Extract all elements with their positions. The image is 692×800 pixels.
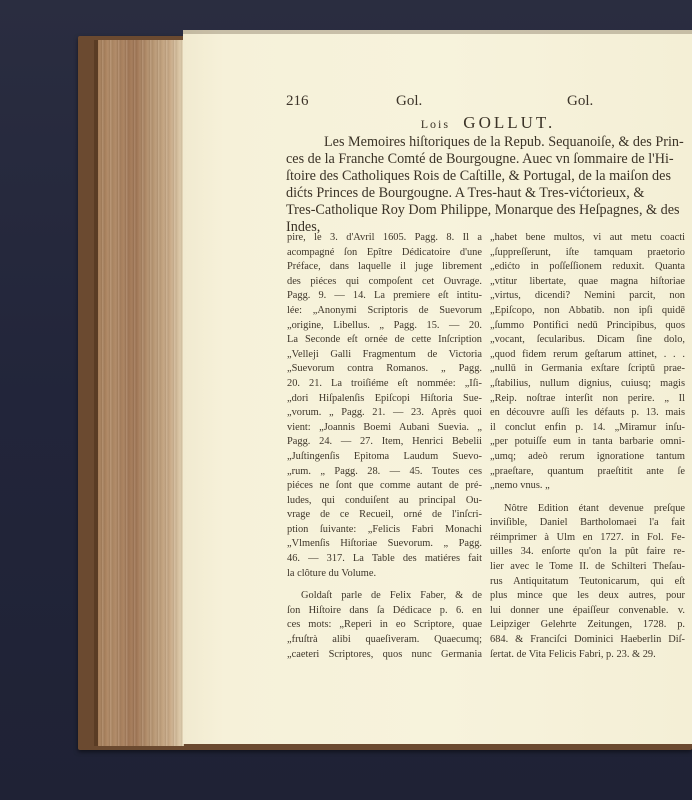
text-line: Goldaſt parle de Felix Faber, & de [287, 589, 482, 604]
title-line: Les Memoires hiſtoriques de la Repub. Se… [286, 134, 690, 151]
text-line: „vtitur libertate, quae magna hiſtoriae [490, 275, 685, 290]
page-top-shadow [183, 30, 692, 34]
text-line: La Seconde eſt ornée de cette Inſcriptio… [287, 333, 482, 348]
title-line: ſtoire des Catholiques Rois de Caſtille,… [286, 168, 690, 185]
text-line: piéces ne ſont que comme autant de pré- [287, 479, 482, 494]
text-line: „habet bene multos, vi aut metu coacti [490, 231, 685, 246]
author-surname: GOLLUT. [463, 113, 555, 132]
title-line: Tres-Catholique Roy Dom Philippe, Monarq… [286, 202, 690, 219]
right-column: „habet bene multos, vi aut metu coacti „… [490, 231, 685, 662]
text-line: rus Antiquitatum Teutonicarum, qui eſt [490, 575, 685, 590]
title-line: dićts Princes de Bourgougne. A Tres-haut… [286, 185, 690, 202]
text-line: 20. 21. La troiſiéme eſt nommée: „Iſi- [287, 377, 482, 392]
text-line: réimprimer à Ulm en 1727. in Fol. Fe- [490, 531, 685, 546]
title-line: ces de la Franche Comté de Bourgougne. A… [286, 151, 690, 168]
author-heading: Lois GOLLUT. [286, 113, 690, 133]
author-first-name: Lois [421, 117, 450, 131]
text-line: „Epiſcopo, non Abbatib. non ipſi quidē [490, 304, 685, 319]
text-line: ludes, qui conduiſent au principal Ou- [287, 494, 482, 509]
text-line: pire, le 3. d'Avril 1605. Pagg. 8. Il a [287, 231, 482, 246]
text-line: en découvre auſſi les défauts p. 13. mai… [490, 406, 685, 421]
paragraph: „habet bene multos, vi aut metu coacti „… [490, 231, 685, 494]
cover-edge [94, 40, 98, 746]
text-line: Leipziger Gelehrte Zeitungen, 1728. p. [490, 618, 685, 633]
catchword-right: Gol. [567, 93, 593, 110]
text-line: „vorum. „ Pagg. 21. — 23. Après quoi [287, 406, 482, 421]
text-line: Pagg. 24. — 27. Item, Henrici Bebelii [287, 435, 482, 450]
text-line: acompagné ſon Epître Dédicatoire d'une [287, 246, 482, 261]
text-line: „umq; adeò rerum ignoratione tantum [490, 450, 685, 465]
text-line: 46. — 317. La Table des matiéres fait [287, 552, 482, 567]
text-line: „vocant, ſecularibus. Dicam ſine dolo, [490, 333, 685, 348]
text-line: ſon Hiſtoire dans ſa Dédicace p. 6. en [287, 604, 482, 619]
text-line: „origine, Libellus. „ Pagg. 15. — 20. [287, 319, 482, 334]
book-title-entry: Les Memoires hiſtoriques de la Repub. Se… [286, 134, 690, 236]
paragraph: Nôtre Edition étant devenue preſque invi… [490, 502, 685, 663]
page-stack-fore-edge [94, 40, 184, 746]
text-line: „ſtabilius, nullum dignius, cuiusq; magi… [490, 377, 685, 392]
text-line: la clôture du Volume. [287, 567, 482, 582]
left-column: pire, le 3. d'Avril 1605. Pagg. 8. Il a … [287, 231, 482, 662]
text-line: „rum. „ Pagg. 28. — 45. Toutes ces [287, 465, 482, 480]
text-line: „caeteri Scriptores, quos nunc Germania [287, 648, 482, 663]
text-line: „quod fidem rerum geſtarum attinet, . . … [490, 348, 685, 363]
text-line: ces mots: „Reperi in eo Scriptore, quae [287, 618, 482, 633]
text-line: lui donner une épaiſſeur convenable. v. [490, 604, 685, 619]
text-line: Préface, dans laquelle il juge librement [287, 260, 482, 275]
text-line: des piéces qui compoſent cet Ouvrage. [287, 275, 482, 290]
text-line: „fruſtrà alibi quaeſiveram. Quaecumq; [287, 633, 482, 648]
text-line: „Velleji Galli Fragmentum de Victoria [287, 348, 482, 363]
text-line: „virtus, dicendi? Nemini parcit, non [490, 289, 685, 304]
text-line: „ſuppreſſerunt, iſte tamquam praetorio [490, 246, 685, 261]
text-line: vient: „Joannis Boemi Aubani Suevia. „ [287, 421, 482, 436]
text-line: „Juſtingenſis Epitoma Laudum Suevo- [287, 450, 482, 465]
text-line: 684. & Franciſci Dominici Haeberlin Diſ- [490, 633, 685, 648]
text-line: inviſible, Daniel Bartholomaei l'a fait [490, 516, 685, 531]
text-line: „Vlmenſis Hiſtoriae Suevorum. „ Pagg. [287, 537, 482, 552]
text-line: vrage de ce Recueil, orné de l'inſcri- [287, 508, 482, 523]
text-line: „nullū in Germania exſtare ſcriptū prae- [490, 362, 685, 377]
page-number: 216 [286, 93, 309, 110]
text-line: lier avec le Tome II. de Schilteri Theſa… [490, 560, 685, 575]
text-line: Nôtre Edition étant devenue preſque [490, 502, 685, 517]
text-line: il conclut enfin p. 14. „Miramur inſu- [490, 421, 685, 436]
text-line: „praeſtare, quantum praeſtitit ante ſe [490, 465, 685, 480]
text-line: ſertat. de Vita Felicis Fabri, p. 23. & … [490, 648, 685, 663]
text-line: lée: „Anonymi Scriptoris de Suevorum [287, 304, 482, 319]
text-line: „edićto in poſſeſſionem reduxit. Quanta [490, 260, 685, 275]
text-line: „Suevorum contra Romanos. „ Pagg. [287, 362, 482, 377]
catchword-left: Gol. [396, 93, 422, 110]
text-line: „dori Hiſpalenſis Epiſcopi Hiſtoria Sue- [287, 392, 482, 407]
text-line: „ſummo Pontifici nedū Principibus, quos [490, 319, 685, 334]
paragraph: Goldaſt parle de Felix Faber, & de ſon H… [287, 589, 482, 662]
text-line: „Reip. noſtrae interſit non perire. „ Il [490, 392, 685, 407]
paragraph: pire, le 3. d'Avril 1605. Pagg. 8. Il a … [287, 231, 482, 581]
text-line: Pagg. 9. — 14. La premiere eſt intitu- [287, 289, 482, 304]
text-line: ption ſuivante: „Felicis Fabri Monachi [287, 523, 482, 538]
running-head: 216 Gol. Gol. [286, 93, 686, 115]
text-line: „per potuiſſe eum in tanta barbarie omni… [490, 435, 685, 450]
text-line: „nemo vnus. „ [490, 479, 685, 494]
text-line: plus mince que les deux autres, pour [490, 589, 685, 604]
text-line: uilles 34. enſorte qu'on la pût faire re… [490, 545, 685, 560]
